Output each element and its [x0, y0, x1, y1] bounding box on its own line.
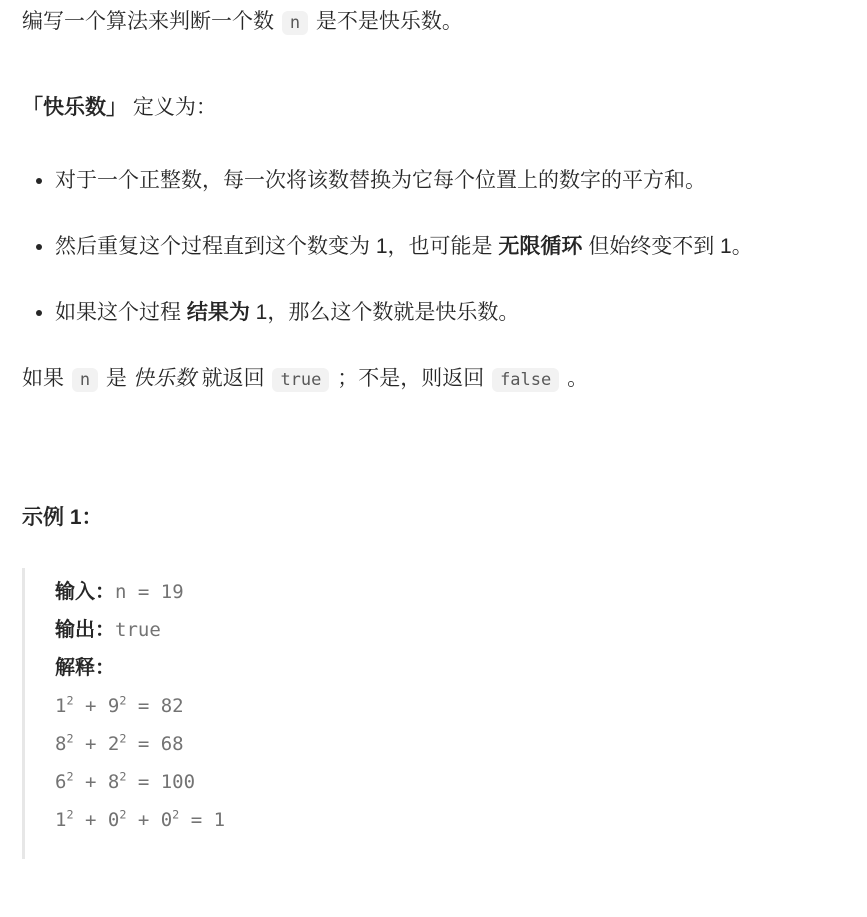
mono-text: = 100: [126, 771, 195, 793]
bold-text: 解释：: [55, 657, 115, 679]
inline-code: false: [492, 368, 559, 392]
superscript: 2: [66, 808, 73, 822]
definition-list: 对于一个正整数，每一次将该数替换为它每个位置上的数字的平方和。 然后重复这个过程…: [22, 162, 847, 332]
example-line-input: 输入：n = 19: [55, 573, 847, 611]
return-paragraph: 如果 n 是 快乐数 就返回 true ；不是，则返回 false 。: [22, 360, 847, 399]
text-run: 编写一个算法来判断一个数: [22, 10, 280, 33]
example-line-explanation: 解释：: [55, 649, 847, 687]
problem-description: 编写一个算法来判断一个数 n 是不是快乐数。 「快乐数」 定义为： 对于一个正整…: [0, 0, 867, 859]
definition-item: 然后重复这个过程直到这个数变为 1，也可能是 无限循环 但始终变不到 1。: [55, 228, 847, 266]
text-run: 定义为：: [127, 96, 217, 119]
example-line-output: 输出：true: [55, 611, 847, 649]
mono-text: + 0: [74, 809, 120, 831]
mono-text: + 0: [126, 809, 172, 831]
bold-text: 「快乐数」: [22, 96, 127, 119]
example-heading: 示例 1：: [22, 499, 847, 537]
superscript: 2: [66, 732, 73, 746]
mono-text: = 68: [126, 733, 183, 755]
text-run: 但始终变不到 1。: [582, 235, 752, 258]
blank-spacer: [22, 399, 847, 499]
intro-paragraph: 编写一个算法来判断一个数 n 是不是快乐数。: [22, 3, 847, 42]
definition-heading: 「快乐数」 定义为：: [22, 89, 847, 127]
example-line-math: 82 + 22 = 68: [55, 725, 847, 763]
example-block: 输入：n = 19输出：true解释：12 + 92 = 8282 + 22 =…: [22, 568, 847, 859]
mono-text: true: [115, 619, 161, 641]
mono-text: + 2: [74, 733, 120, 755]
text-run: ；不是，则返回: [331, 367, 490, 390]
mono-text: n = 19: [115, 581, 184, 603]
mono-text: 1: [55, 695, 66, 717]
mono-text: + 9: [74, 695, 120, 717]
inline-code: n: [72, 368, 98, 392]
text-run: 是不是快乐数。: [310, 10, 463, 33]
mono-text: 1: [55, 809, 66, 831]
text-run: 。: [561, 367, 588, 390]
definition-item: 对于一个正整数，每一次将该数替换为它每个位置上的数字的平方和。: [55, 162, 847, 200]
mono-text: 8: [55, 733, 66, 755]
text-run: 对于一个正整数，每一次将该数替换为它每个位置上的数字的平方和。: [55, 169, 706, 192]
inline-code: n: [282, 11, 308, 35]
bold-text: 输出：: [55, 619, 115, 641]
bold-text: 示例 1：: [22, 506, 103, 529]
italic-text: 快乐数: [133, 367, 196, 390]
example-line-math: 62 + 82 = 100: [55, 763, 847, 801]
bold-text: 输入：: [55, 581, 115, 603]
text-run: 然后重复这个过程直到这个数变为 1，也可能是: [55, 235, 498, 258]
example-line-math: 12 + 92 = 82: [55, 687, 847, 725]
text-run: 就返回: [196, 367, 271, 390]
superscript: 2: [66, 770, 73, 784]
superscript: 2: [66, 694, 73, 708]
mono-text: = 82: [126, 695, 183, 717]
text-run: 是: [100, 367, 133, 390]
example-line-math: 12 + 02 + 02 = 1: [55, 801, 847, 839]
inline-code: true: [272, 368, 329, 392]
bold-text: 无限循环: [498, 235, 582, 258]
bold-text: 结果为: [187, 301, 250, 324]
mono-text: + 8: [74, 771, 120, 793]
definition-item: 如果这个过程 结果为 1，那么这个数就是快乐数。: [55, 294, 847, 332]
mono-text: = 1: [179, 809, 225, 831]
text-run: 如果这个过程: [55, 301, 187, 324]
text-run: 如果: [22, 367, 70, 390]
text-run: 1，那么这个数就是快乐数。: [250, 301, 520, 324]
mono-text: 6: [55, 771, 66, 793]
